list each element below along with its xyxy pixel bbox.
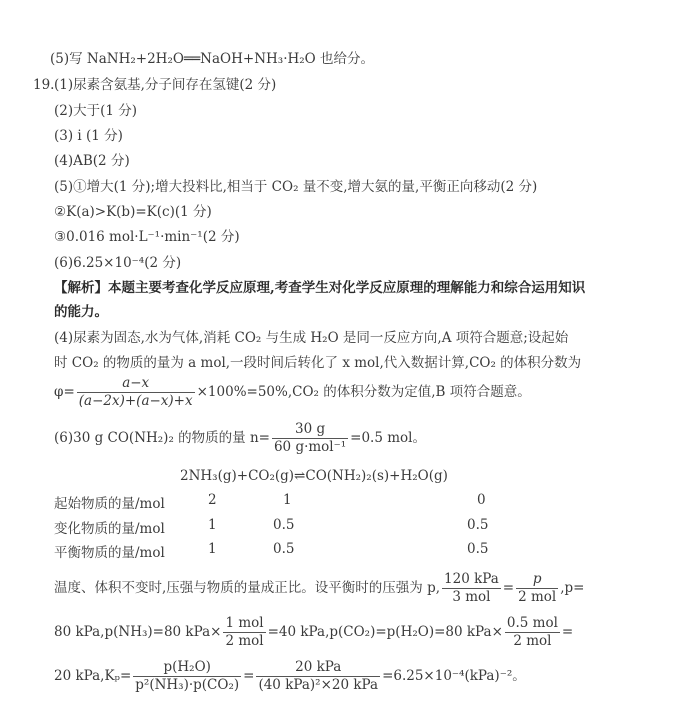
analysis-4-line1: (4)尿素为固态,水为气体,消耗 CO₂ 与生成 H₂O 是同一反应方向,A 项… [54,329,568,347]
analysis-4-line2: 时 CO₂ 的物质的量为 a mol,一段时间后转化了 x mol,代入数据计算… [54,354,581,372]
fraction: 120 kPa3 mol [442,571,501,606]
answer-19-4: (4)AB(2 分) [54,152,130,170]
cell-nh3: 1 [208,517,217,533]
cell-co2: 0.5 [273,517,294,533]
answer-19-5-2: ②K(a)>K(b)=K(c)(1 分) [54,203,212,221]
analysis-intro-cont: 的能力。 [54,303,108,321]
answer-19-3: (3) i (1 分) [54,127,123,145]
cell-co2: 0.5 [273,541,294,557]
analysis-intro-text: 本题主要考查化学反应原理,考查学生对化学反应原理的理解能力和综合运用知识 [108,280,585,296]
cell-nh3: 1 [208,541,217,557]
reaction-equation: 2NH₃(g)+CO₂(g)⇌CO(NH₂)₂(s)+H₂O(g) [180,467,448,485]
volume-fraction-formula: φ=a−x(a−2x)+(a−x)+x×100%=50%,CO₂ 的体积分数为定… [54,374,531,410]
answer-18-5: (5)写 NaNH₂+2H₂O══NaOH+NH₃·H₂O 也给分。 [50,50,374,68]
answer-19-6: (6)6.25×10⁻⁴(2 分) [54,254,181,272]
fraction: 30 g60 g·mol⁻¹ [272,421,348,456]
kp-calculation: 20 kPa,Kₚ=p(H₂O)p²(NH₃)·p(CO₂)=20 kPa(40… [54,658,526,694]
fraction: 20 kPa(40 kPa)²×20 kPa [256,659,380,694]
fraction: p2 mol [516,571,558,606]
cell-h2o: 0 [477,492,486,508]
row-label: 起始物质的量/mol [54,492,165,512]
answer-19-5-3: ③0.016 mol·L⁻¹·min⁻¹(2 分) [54,228,240,246]
cell-nh3: 2 [208,492,217,508]
analysis-intro: 【解析】本题主要考查化学反应原理,考查学生对化学反应原理的理解能力和综合运用知识 [54,279,585,297]
question-number-19: 19. [33,76,54,94]
fraction: 1 mol2 mol [223,615,265,650]
analysis-6-moles: (6)30 g CO(NH₂)₂ 的物质的量 n=30 g60 g·mol⁻¹=… [54,420,426,456]
analysis-label: 【解析】 [54,280,108,296]
cell-h2o: 0.5 [467,541,488,557]
fraction: 0.5 mol2 mol [505,615,560,650]
answer-19-1: (1)尿素含氨基,分子间存在氢键(2 分) [54,76,276,94]
pressure-line-2: 80 kPa,p(NH₃)=80 kPa×1 mol2 mol=40 kPa,p… [54,614,573,650]
cell-h2o: 0.5 [467,517,488,533]
pressure-line-1: 温度、体积不变时,压强与物质的量成正比。设平衡时的压强为 p,120 kPa3 … [54,570,584,606]
answer-19-2: (2)大于(1 分) [54,102,137,120]
answer-19-5-1: (5)①增大(1 分);增大投料比,相当于 CO₂ 量不变,增大氨的量,平衡正向… [54,178,537,196]
fraction: a−x(a−2x)+(a−x)+x [77,375,195,410]
fraction: p(H₂O)p²(NH₃)·p(CO₂) [133,659,241,694]
row-label: 变化物质的量/mol [54,517,165,537]
cell-co2: 1 [283,492,292,508]
row-label: 平衡物质的量/mol [54,541,165,561]
